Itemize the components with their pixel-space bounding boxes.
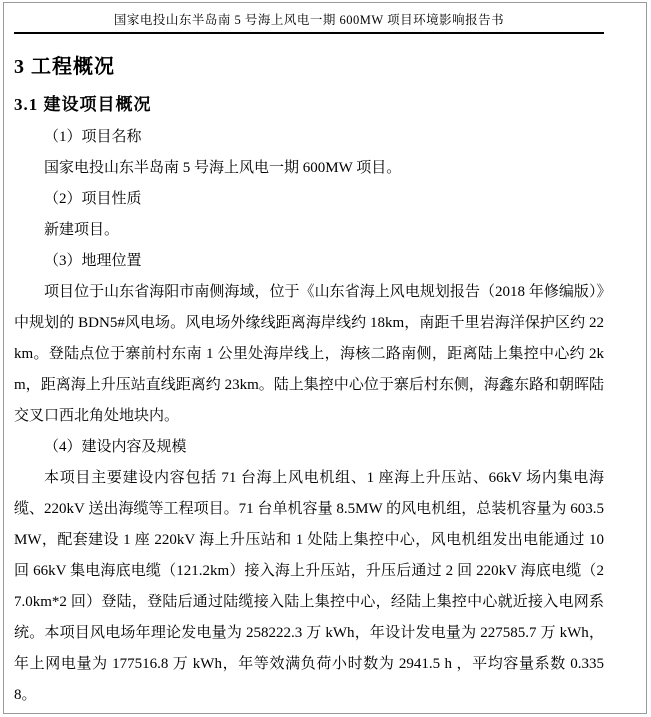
document-page: 国家电投山东半岛南 5 号海上风电一期 600MW 项目环境影响报告书 3 工程…	[0, 0, 651, 717]
paragraph-item-4-label: （4）建设内容及规模	[14, 432, 604, 463]
paragraph-construction-scale: 本项目主要建设内容包括 71 台海上风电机组、1 座海上升压站、66kV 场内集…	[14, 463, 604, 711]
section-heading: 3 工程概况	[14, 54, 604, 81]
running-header-title: 国家电投山东半岛南 5 号海上风电一期 600MW 项目环境影响报告书	[14, 0, 604, 28]
paragraph-item-2-label: （2）项目性质	[14, 184, 604, 215]
paragraph-project-nature: 新建项目。	[14, 215, 604, 246]
header-rule-divider	[14, 32, 604, 34]
page-content: 国家电投山东半岛南 5 号海上风电一期 600MW 项目环境影响报告书 3 工程…	[0, 0, 651, 717]
document-body: （1）项目名称 国家电投山东半岛南 5 号海上风电一期 600MW 项目。 （2…	[14, 122, 604, 711]
paragraph-project-name: 国家电投山东半岛南 5 号海上风电一期 600MW 项目。	[14, 153, 604, 184]
paragraph-item-3-label: （3）地理位置	[14, 246, 604, 277]
subsection-heading: 3.1 建设项目概况	[14, 93, 604, 116]
paragraph-item-1-label: （1）项目名称	[14, 122, 604, 153]
paragraph-geographic-location: 项目位于山东省海阳市南侧海域，位于《山东省海上风电规划报告（2018 年修编版）…	[14, 277, 604, 432]
